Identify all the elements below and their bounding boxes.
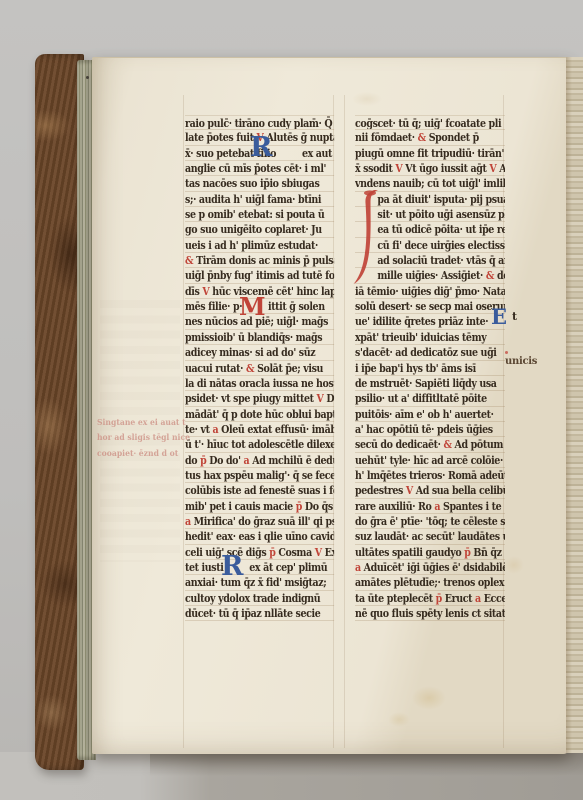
manuscript-text-line: psidet· vt spe piugy mittet V De <box>185 391 334 406</box>
ink-text: tas nacōes suo ip̄io sbiugas <box>185 177 319 190</box>
ink-text: anglie cū mīs p̄otes cēt· i ml' <box>185 162 326 175</box>
ink-text: ue' idilite q̄retes priāz inte· <box>355 315 488 328</box>
ink-text: Oleū extat effusū· imābile <box>221 423 334 436</box>
ink-text: pmissioib' ū blandiq̄s· maḡs <box>185 331 322 344</box>
manuscript-text-line: uacui rutat· & Solāt p̄e; visu <box>185 361 334 376</box>
manuscript-text-line: se p omib' etebat: si pouta ū <box>185 207 334 222</box>
manuscript-text-line: a' hac opōtiū tē· pdeis ūḡies <box>355 422 505 437</box>
manuscript-text-line: secū do dedicaēt· & Ad pōtum <box>355 437 505 452</box>
ink-text: tet iusti <box>185 561 223 574</box>
manuscript-text-line: tas nacōes suo ip̄io sbiugas <box>185 176 334 191</box>
ink-text: Mirifica' do ḡraz suā ill' qi ps <box>194 515 334 528</box>
ink-text: Ad sua bella celibū iplo <box>416 484 505 497</box>
ink-text: uacui rutat· <box>185 362 246 375</box>
rubric-text: V <box>489 162 499 175</box>
ink-text: psidet· vt spe piugy mittet <box>185 392 317 405</box>
ink-text: do ḡra ē' ptīe· 'tōq; te cēleste spō <box>355 515 505 528</box>
foxing-stain <box>352 92 382 106</box>
manuscript-text-line: de mstruēt· Sapiēti liq̄dy usa <box>355 376 505 391</box>
ink-text: De <box>326 392 334 405</box>
ink-text: ex aut <box>302 147 332 160</box>
ink-text: ex āt cep' plimū <box>249 561 327 574</box>
manuscript-text-line: ū t'· hīuc tot adolescētle dilexet te <box>185 437 334 452</box>
manuscript-text-line: h' lmq̄ētes trieros· Romā adeūt <box>355 468 505 483</box>
manuscript-text-line: suz laudāt· ac secūt' laudātes uex <box>355 529 505 544</box>
marginal-note-line: cooapiet· ēznd d ot <box>97 447 183 462</box>
ink-text: secū do dedicaēt· <box>355 438 443 451</box>
rubric-text: a <box>185 515 194 528</box>
rubric-text: V <box>315 546 325 559</box>
rubric-text: p̄ <box>436 592 445 605</box>
manuscript-text-line: la di nātas oracla iussa ne hostē; <box>185 376 334 391</box>
ink-text: coḡscet· tū q̄; uiḡ' fcoatate pli <box>355 117 501 130</box>
manuscript-text-line: ue' idilite q̄retes priāz inte· <box>355 314 505 329</box>
ink-text: h' lmq̄ētes trieros· Romā adeūt <box>355 469 505 482</box>
manuscript-text-line: i ip̄e bap'i hys tb' āms isī <box>355 361 505 376</box>
rubric-text: & <box>418 131 429 144</box>
ink-text: nē quo fluis spēty lenis ct sitate di <box>355 607 505 620</box>
ink-text: Spondet p̄ <box>429 131 479 144</box>
manuscript-text-line: solū desert· se secp mai oserunt V hec <box>355 299 505 314</box>
foxing-stain <box>388 712 410 727</box>
manuscript-text-line: te· vt a Oleū extat effusū· imābile <box>185 422 334 437</box>
ink-text: s'dacēt· ad dedicatōz sue uḡi <box>355 346 497 359</box>
manuscript-text-line: a Aduīcēt' iḡi ūḡies ē' dsidabilēz <box>355 560 505 575</box>
marginal-note-line: Singtane ex ei auat t <box>97 416 183 431</box>
ink-text: amātes plētudīe;· trenos oplex as <box>355 576 505 589</box>
rubric-text: & <box>486 269 497 282</box>
illuminated-initial-R: R <box>250 134 272 161</box>
ink-text: cultoy ydolox trade indignū <box>185 592 320 605</box>
ink-text: Ad mchilū ē dedu <box>252 454 334 467</box>
rubric-text: p̄ <box>296 500 305 513</box>
ink-text: Bn̄ q̄z <box>473 546 501 559</box>
ink-text: Aduīcēt' iḡi ūḡies ē' dsidabilēz <box>364 561 505 574</box>
rubric-text: & <box>443 438 454 451</box>
ink-text: mādāt' q̄ p dote hūc oblui baptisma <box>185 408 334 421</box>
rubric-text: V <box>395 162 405 175</box>
manuscript-text-line: mādāt' q̄ p dote hūc oblui baptisma <box>185 407 334 422</box>
ink-text: ultātes spatili gaudyo <box>355 546 464 559</box>
ink-text: late p̄otes fuit <box>185 131 257 144</box>
manuscript-text-line: anxiai· tum q̄z x̄ fid' msiḡtaz; <box>185 575 334 590</box>
ruling-line-vertical <box>344 95 345 748</box>
manuscript-text-line: xpāt' trieuib' iduicias tēmy <box>355 330 505 345</box>
ink-text: uehūt' tyle· hīc ad arcē colōie· pst <box>355 454 505 467</box>
ink-text: Cosma <box>278 546 314 559</box>
rubric-text: p̄ <box>464 546 473 559</box>
manuscript-text-line: dūcet· tū q̄ ip̄az nllāte secie <box>185 606 334 621</box>
manuscript-text-line: rare auxiliū· Ro a Spantes i te <box>355 499 505 514</box>
manuscript-text-line: anglie cū mīs p̄otes cēt· i ml' <box>185 161 334 176</box>
manuscript-text-line: puitōis· aīm e' ob h' auertet· <box>355 407 505 422</box>
manuscript-text-line: do ḡra ē' ptīe· 'tōq; te cēleste spō <box>355 514 505 529</box>
initial-gap <box>276 156 302 157</box>
manuscript-text-line: celi uiḡ' scē diḡs p̄ Cosma V Exl' <box>185 545 334 560</box>
fore-edge-pages <box>566 57 583 753</box>
rubric-text: V <box>406 484 416 497</box>
rubric-text: V <box>202 285 212 298</box>
ink-text: la di nātas oracla iussa ne hostē; <box>185 377 334 390</box>
ink-text: ueis i ad h' plimūz estudat· <box>185 239 318 252</box>
ink-text: dūcet· tū q̄ ip̄az nllāte secie <box>185 607 320 620</box>
ink-text: cū fi' dece uirḡies electissīas· s' <box>377 239 505 252</box>
manuscript-text-line: nii fōmdaet· & Spondet p̄ <box>355 130 505 145</box>
rubric-text: a <box>213 423 222 436</box>
ink-text: xpāt' trieuib' iduicias tēmy <box>355 331 486 344</box>
rubric-text: p̄ <box>269 546 278 559</box>
ink-text: piugū omne fit tripudiū· tirān' <box>355 147 504 160</box>
ink-text: de mstruēt· Sapiēti liq̄dy usa <box>355 377 497 390</box>
illuminated-initial-E: E <box>491 306 507 327</box>
ink-text: go suo unigēito coplaret· Ju <box>185 223 322 236</box>
ink-text: hedit' eax· eas i qlie uīno cavidtas <box>185 530 334 543</box>
manuscript-text-line: ta ūte pteplecēt p̄ Eruct a Ecce iā <box>355 591 505 606</box>
ink-text: tus hax pspēu malig'· q̄ se fecerūt <box>185 469 334 482</box>
ink-text: rare auxiliū· Ro <box>355 500 434 513</box>
manuscript-text-line: adicey minas· si ad do' sūz <box>185 345 334 360</box>
manuscript-text-line: tet iustiex āt cep' plimū <box>185 560 334 575</box>
manuscript-text-line: uiḡl p̄nby fug' itimis ad tutē fortu <box>185 268 334 283</box>
ink-text: dīs <box>185 285 202 298</box>
ink-text: Alisṡ <box>499 162 505 175</box>
manuscript-text-line: do p̄ Do do' a Ad mchilū ē dedu <box>185 453 334 468</box>
manuscript-text-line: ultātes spatili gaudyo p̄ Bn̄ q̄z <box>355 545 505 560</box>
ink-text: pedestres <box>355 484 406 497</box>
manuscript-text-line: amātes plētudīe;· trenos oplex as <box>355 575 505 590</box>
rubric-text: & <box>246 362 257 375</box>
manuscript-text-line: tus hax pspēu malig'· q̄ se fecerūt <box>185 468 334 483</box>
ink-text: Spantes i te <box>443 500 501 513</box>
ink-text: Alutēs ḡ nupta; <box>266 131 334 144</box>
manuscript-text-line: raio pulc̄· tirāno cudy plam̄· Q̄ <box>185 115 334 130</box>
manuscript-text-line: psilio· ut a' diffitltatē pōite <box>355 391 505 406</box>
ink-text: Do do' <box>209 454 243 467</box>
ink-text: a' hac opōtiū tē· pdeis ūḡies <box>355 423 493 436</box>
manuscript-text-line: & Tirām donis ac minis p̄ pulsat' <box>185 253 334 268</box>
ink-text: ū t'· hīuc tot adolescētle dilexet te <box>185 438 334 451</box>
manuscript-text-line: go suo unigēito coplaret· Ju <box>185 222 334 237</box>
illuminated-initial-M: M <box>239 295 266 319</box>
manuscript-text-line: coḡscet· tū q̄; uiḡ' fcoatate pli <box>355 115 505 130</box>
rubric-text: a <box>355 561 364 574</box>
ink-dot <box>86 76 89 79</box>
red-ink-speck <box>505 351 508 354</box>
illuminated-initial-J <box>353 189 379 287</box>
ink-text: decurso <box>497 269 505 282</box>
ink-text: ea tū odicē pōita· ut ip̄e rex <box>377 223 505 236</box>
foxing-stain <box>504 556 524 574</box>
ink-text: solū desert· se secp mai oserunt <box>355 300 505 313</box>
ink-text: psilio· ut a' diffitltatē pōite <box>355 392 487 405</box>
ink-text: ta ūte pteplecēt <box>355 592 436 605</box>
manuscript-text-line: pedestres V Ad sua bella celibū iplo <box>355 483 505 498</box>
manuscript-text-line: hedit' eax· eas i qlie uīno cavidtas <box>185 529 334 544</box>
initial-tail-letter: t <box>512 310 517 323</box>
rubric-text: & <box>185 254 196 267</box>
ink-text: raio pulc̄· tirāno cudy plam̄· Q̄ <box>185 117 332 130</box>
ink-text: colūbis iste ad fenestē suas i foā <box>185 484 334 497</box>
manuscript-text-line: a Mirifica' do ḡraz suā ill' qi ps <box>185 514 334 529</box>
ink-text: mille uiḡies· Assiḡiet· <box>377 269 485 282</box>
foxing-stain <box>412 686 446 710</box>
manuscript-text-line: piugū omne fit tripudiū· tirān' <box>355 146 505 161</box>
rubric-text: V <box>317 392 327 405</box>
ink-text: Vt ūgo iussit aḡt <box>405 162 489 175</box>
ink-text: sit· ut pōito uḡi asensūz pbet <box>377 208 505 221</box>
manuscript-text-line: uehūt' tyle· hīc ad arcē colōie· pst <box>355 453 505 468</box>
ink-text: nii fōmdaet· <box>355 131 418 144</box>
ink-text: mēs filie· p· <box>185 300 242 313</box>
rubric-text: p̄ <box>200 454 209 467</box>
manuscript-text-line: s;· audita h' uiḡl fama· btīni <box>185 192 334 207</box>
ink-text: puitōis· aīm e' ob h' auertet· <box>355 408 494 421</box>
ink-text: anxiai· tum q̄z x̄ fid' msiḡtaz; <box>185 576 326 589</box>
ink-text: Eruct <box>445 592 475 605</box>
illuminated-initial-R: R <box>221 553 243 580</box>
manuscript-text-line: s'dacēt· ad dedicatōz sue uḡi <box>355 345 505 360</box>
ink-text: adicey minas· si ad do' sūz <box>185 346 315 359</box>
ink-text: Solāt p̄e; visu <box>257 362 323 375</box>
ink-text: se p omib' etebat: si pouta ū <box>185 208 324 221</box>
manuscript-text-line: pmissioib' ū blandiq̄s· maḡs <box>185 330 334 345</box>
ink-text: ittit ḡ solen <box>268 300 325 313</box>
ink-text: uiḡl p̄nby fug' itimis ad tutē fortu <box>185 269 334 282</box>
marginal-annotation-red: Singtane ex ei auat thor ad sligis tēgl … <box>97 416 183 462</box>
ink-text: Ecce iā <box>484 592 505 605</box>
rubric-text: a <box>244 454 253 467</box>
manuscript-text-line: mib' pet i cauis macie p̄ Do q̄s <box>185 499 334 514</box>
text-column-left: raio pulc̄· tirāno cudy plam̄· Q̄late p̄… <box>185 115 334 621</box>
ink-text: s;· audita h' uiḡl fama· btīni <box>185 193 321 206</box>
ink-text: do <box>185 454 200 467</box>
manuscript-photo: raio pulc̄· tirāno cudy plam̄· Q̄late p̄… <box>0 0 583 800</box>
ink-text: Do q̄s <box>305 500 333 513</box>
ink-text: i ip̄e bap'i hys tb' āms isī <box>355 362 476 375</box>
ink-text: x̄ ssodit <box>355 162 395 175</box>
manuscript-text-line: nē quo fluis spēty lenis ct sitate di <box>355 606 505 621</box>
manuscript-text-line: cultoy ydolox trade indignū <box>185 591 334 606</box>
manuscript-text-line: colūbis iste ad fenestē suas i foā <box>185 483 334 498</box>
ink-text: hūc viscemē cēt' hinc lapsū ti <box>212 285 334 298</box>
rubric-text: a <box>434 500 443 513</box>
ink-text: pa āt diuit' isputa· pij psua <box>377 193 505 206</box>
ink-text: mib' pet i cauis macie <box>185 500 296 513</box>
marginal-correction-word: unicis <box>505 356 537 367</box>
ink-text: Tirām donis ac minis p̄ pulsat' <box>196 254 334 267</box>
ink-text: ad solaciū tradet· vtās q̄ ans <box>377 254 505 267</box>
rubric-text: a <box>475 592 484 605</box>
ink-text: Ad pōtum <box>455 438 503 451</box>
manuscript-text-line: x̄ ssodit V Vt ūgo iussit aḡt V Alisṡ <box>355 161 505 176</box>
ink-text: Exl' <box>325 546 334 559</box>
ink-text: suz laudāt· ac secūt' laudātes uex <box>355 530 505 543</box>
marginal-note-line: hor ad sligis tēgl nice <box>97 431 183 446</box>
manuscript-text-line: ueis i ad h' plimūz estudat· <box>185 238 334 253</box>
